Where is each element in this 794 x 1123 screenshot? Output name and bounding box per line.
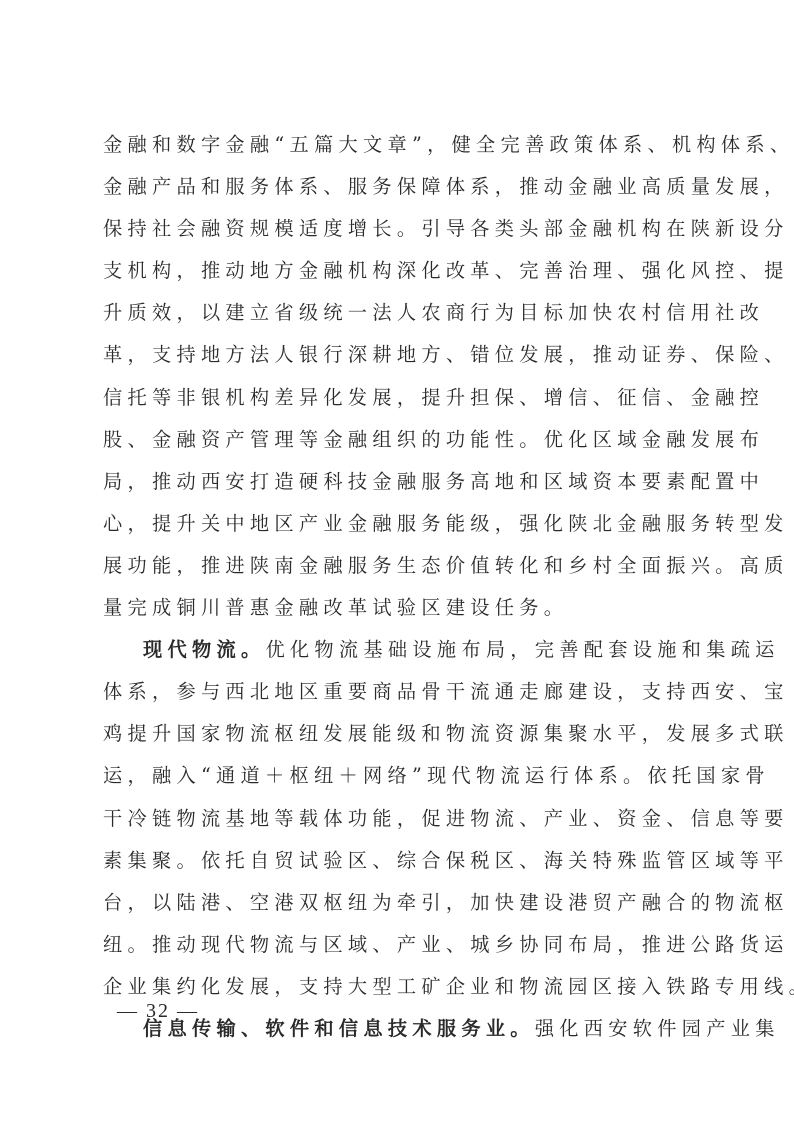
text-line: 体系，参与西北地区重要商品骨干流通走廊建设，支持西安、宝 [103,671,695,713]
page-number: — 32 — [117,1000,199,1023]
text-line: 局，推动西安打造硬科技金融服务高地和区域资本要素配置中 [103,461,695,503]
section-heading-logistics: 现代物流。 [143,638,265,661]
text-line: 升质效，以建立省级统一法人农商行为目标加快农村信用社改 [103,292,695,334]
text-line: 金融和数字金融“五篇大文章”，健全完善政策体系、机构体系、 [103,124,695,166]
text-line: 金融产品和服务体系、服务保障体系，推动金融业高质量发展， [103,166,695,208]
text-line: 展功能，推进陕南金融服务生态价值转化和乡村全面振兴。高质 [103,545,695,587]
text-line: 革，支持地方法人银行深耕地方、错位发展，推动证券、保险、 [103,334,695,376]
text-line: 心，提升关中地区产业金融服务能级，强化陕北金融服务转型发 [103,503,695,545]
text-run: 优化物流基础设施布局，完善配套设施和集疏运 [265,638,779,661]
text-line: 支机构，推动地方金融机构深化改革、完善治理、强化风控、提 [103,250,695,292]
text-run: 强化西安软件园产业集 [535,1017,780,1040]
text-line: 保持社会融资规模适度增长。引导各类头部金融机构在陕新设分 [103,208,695,250]
text-line: 运，融入“通道＋枢纽＋网络”现代物流运行体系。依托国家骨 [103,755,695,797]
section-heading-it-services: 信息传输、软件和信息技术服务业。 [143,1017,535,1040]
text-line: 素集聚。依托自贸试验区、综合保税区、海关特殊监管区域等平 [103,840,695,882]
text-line: 纽。推动现代物流与区域、产业、城乡协同布局，推进公路货运 [103,924,695,966]
text-line: 鸡提升国家物流枢纽发展能级和物流资源集聚水平，发展多式联 [103,713,695,755]
text-line: 台，以陆港、空港双枢纽为牵引，加快建设港贸产融合的物流枢 [103,882,695,924]
document-page: 金融和数字金融“五篇大文章”，健全完善政策体系、机构体系、 金融产品和服务体系、… [0,0,794,1123]
text-line: 干冷链物流基地等载体功能，促进物流、产业、资金、信息等要 [103,798,695,840]
text-line: 信托等非银机构差异化发展，提升担保、增信、征信、金融控 [103,377,695,419]
paragraph-start-logistics: 现代物流。优化物流基础设施布局，完善配套设施和集疏运 [103,629,695,671]
body-text: 金融和数字金融“五篇大文章”，健全完善政策体系、机构体系、 金融产品和服务体系、… [103,124,695,1050]
text-line: 股、金融资产管理等金融组织的功能性。优化区域金融发展布 [103,419,695,461]
text-line: 量完成铜川普惠金融改革试验区建设任务。 [103,587,695,629]
